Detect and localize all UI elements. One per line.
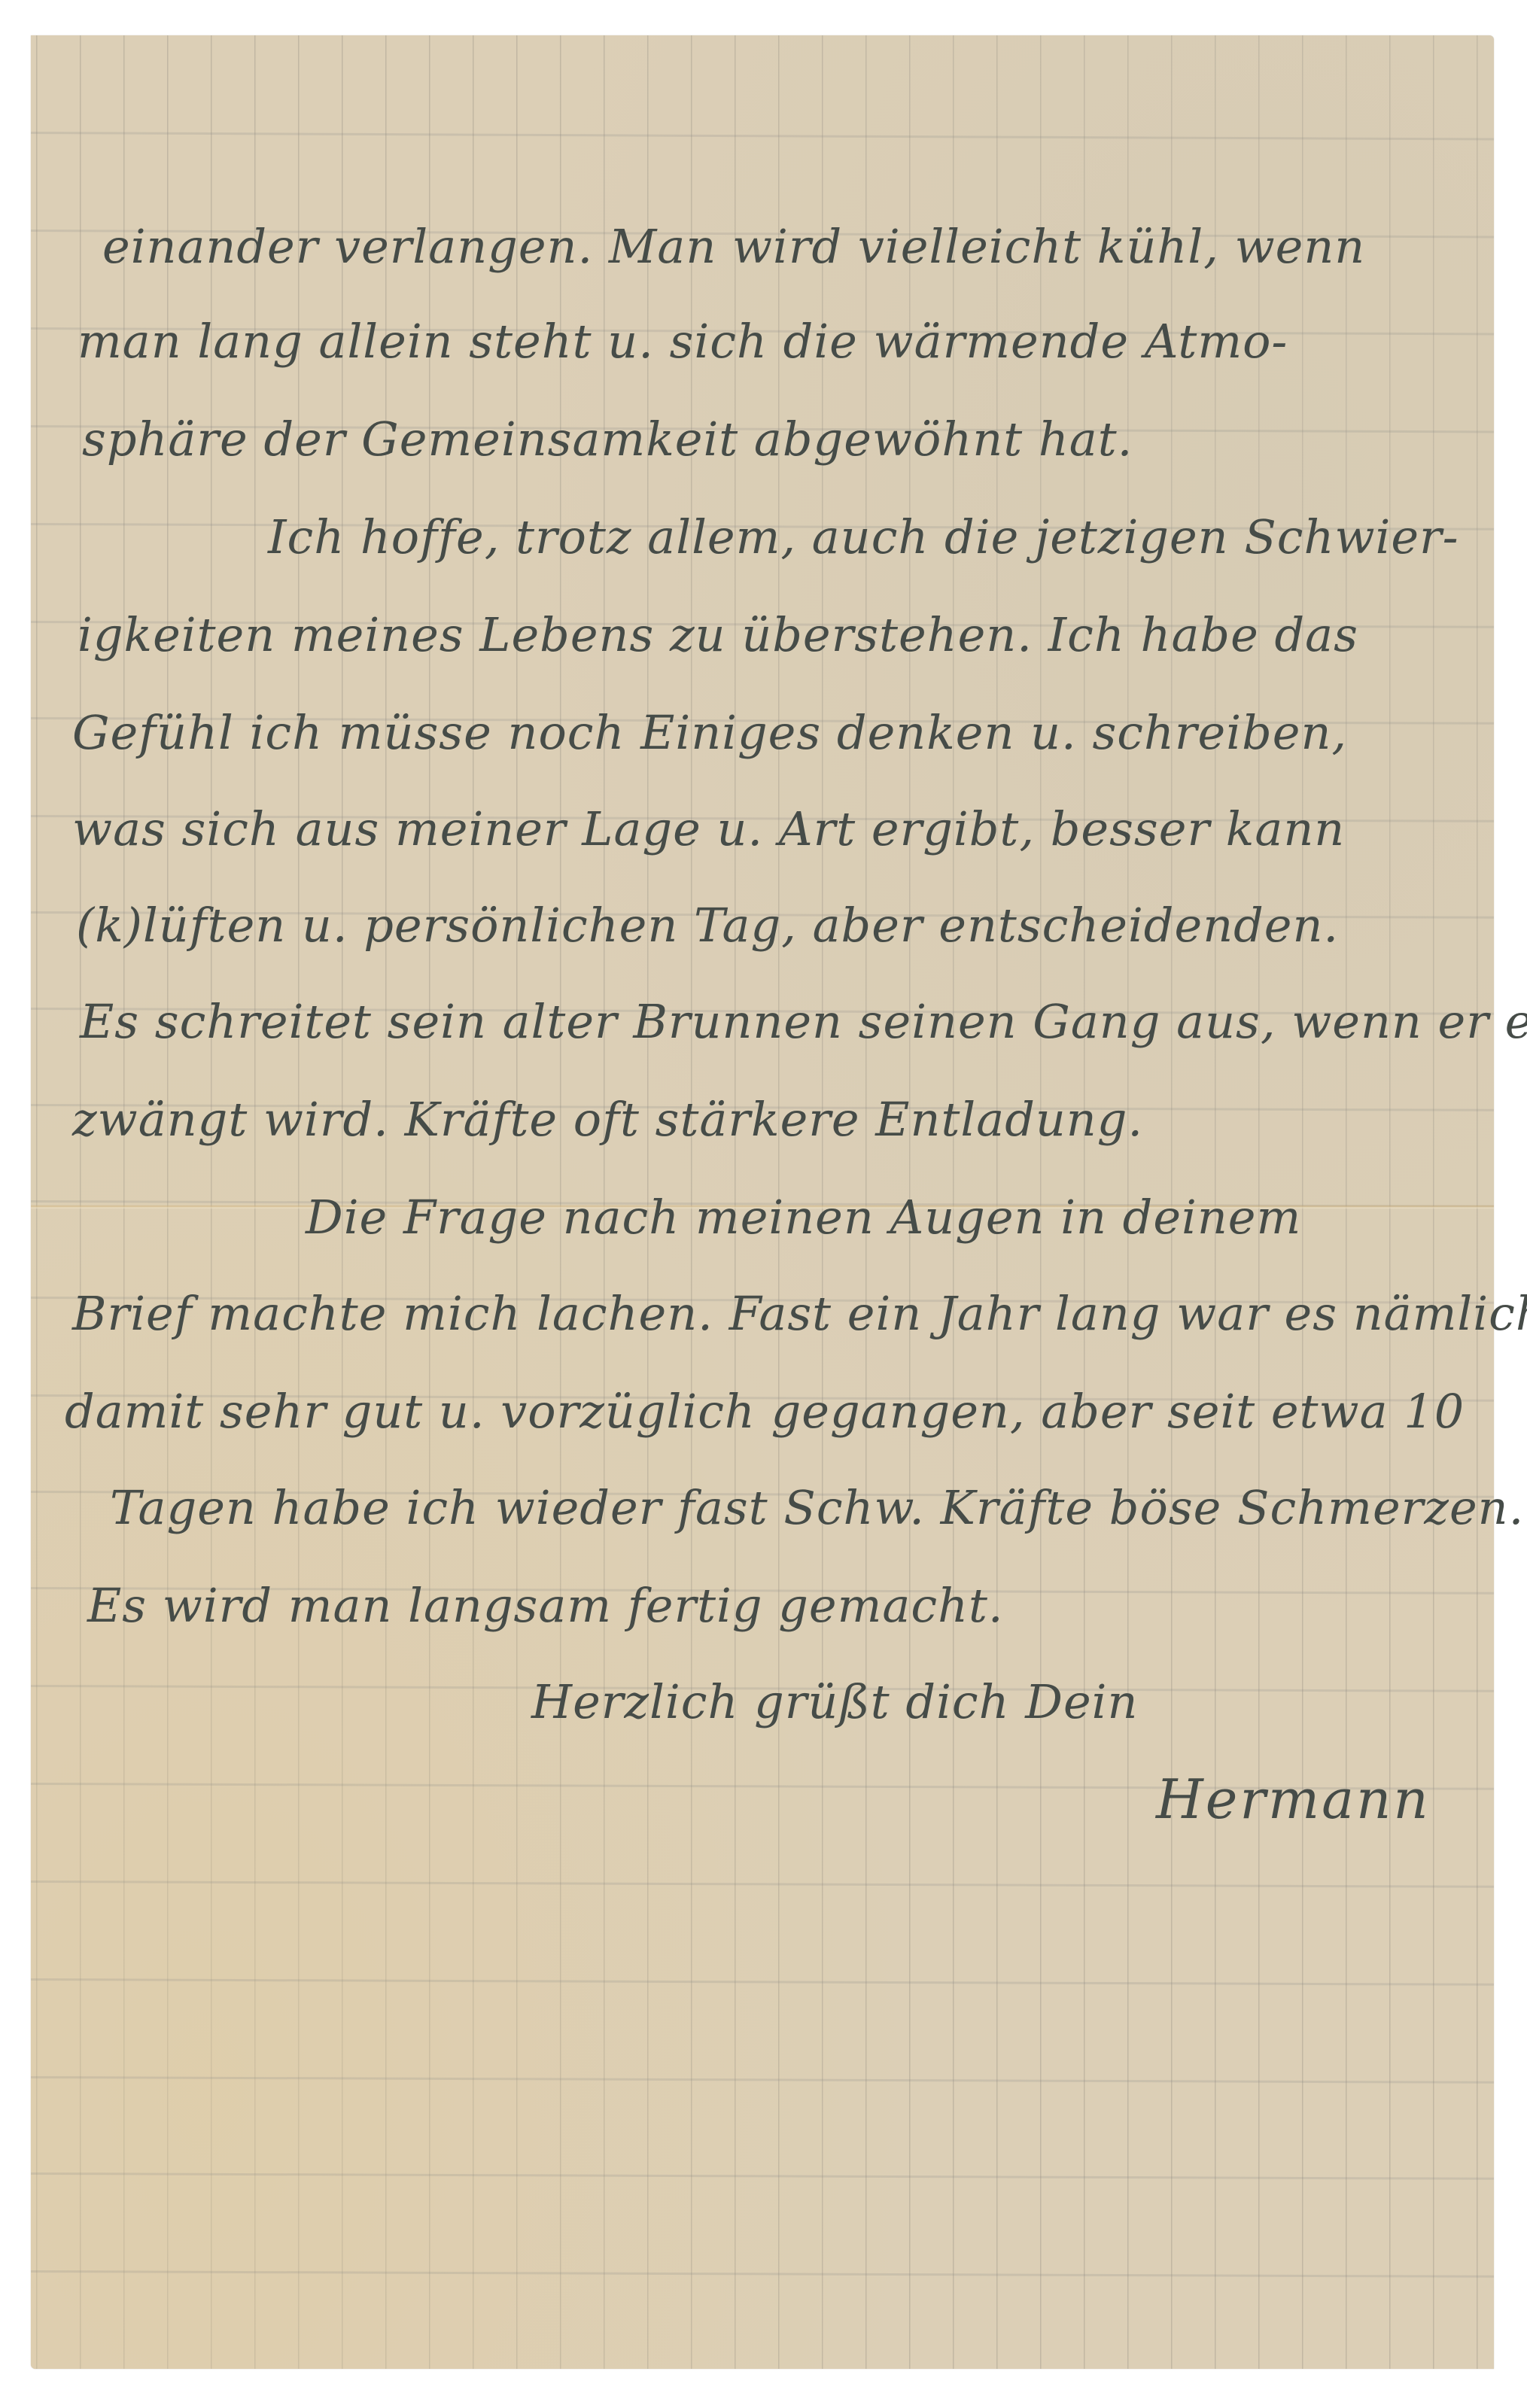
letter-line: Es schreitet sein alter Brunnen seinen G…: [80, 999, 1527, 1045]
letter-line: einander verlangen. Man wird vielleicht …: [102, 223, 1365, 270]
letter-line: man lang allein steht u. sich die wärmen…: [78, 318, 1288, 365]
letter-line: Es wird man langsam fertig gemacht.: [87, 1583, 1004, 1629]
signature: Hermann: [1156, 1772, 1431, 1826]
ruled-line: [31, 2270, 1494, 2278]
bleed-through-text: ​: [159, 126, 1438, 177]
letter-page: ​ einander verlangen. Man wird vielleich…: [31, 35, 1494, 2369]
letter-line: Die Frage nach meinen Augen in deinem: [306, 1194, 1301, 1241]
closing-salutation: Herzlich grüßt dich Dein: [531, 1679, 1138, 1725]
letter-line: Gefühl ich müsse noch Einiges denken u. …: [72, 710, 1347, 756]
letter-line: Ich hoffe, trotz allem, auch die jetzige…: [268, 514, 1459, 561]
letter-line: damit sehr gut u. vorzüglich gegangen, a…: [65, 1388, 1465, 1435]
ruled-line: [31, 1880, 1494, 1888]
ruled-line: [31, 2172, 1494, 2180]
letter-line: igkeiten meines Lebens zu überstehen. Ic…: [78, 612, 1358, 658]
letter-line: Tagen habe ich wieder fast Schw. Kräfte …: [110, 1485, 1524, 1531]
letter-line: (k)lüften u. persönlichen Tag, aber ents…: [76, 902, 1339, 949]
ruled-line: [31, 1978, 1494, 1986]
letter-line: zwängt wird. Kräfte oft stärkere Entladu…: [72, 1096, 1143, 1143]
letter-line: Brief machte mich lachen. Fast ein Jahr …: [72, 1291, 1527, 1337]
ruled-line: [31, 2076, 1494, 2084]
letter-line: was sich aus meiner Lage u. Art ergibt, …: [72, 806, 1345, 853]
letter-line: sphäre der Gemeinsamkeit abgewöhnt hat.: [82, 416, 1133, 463]
